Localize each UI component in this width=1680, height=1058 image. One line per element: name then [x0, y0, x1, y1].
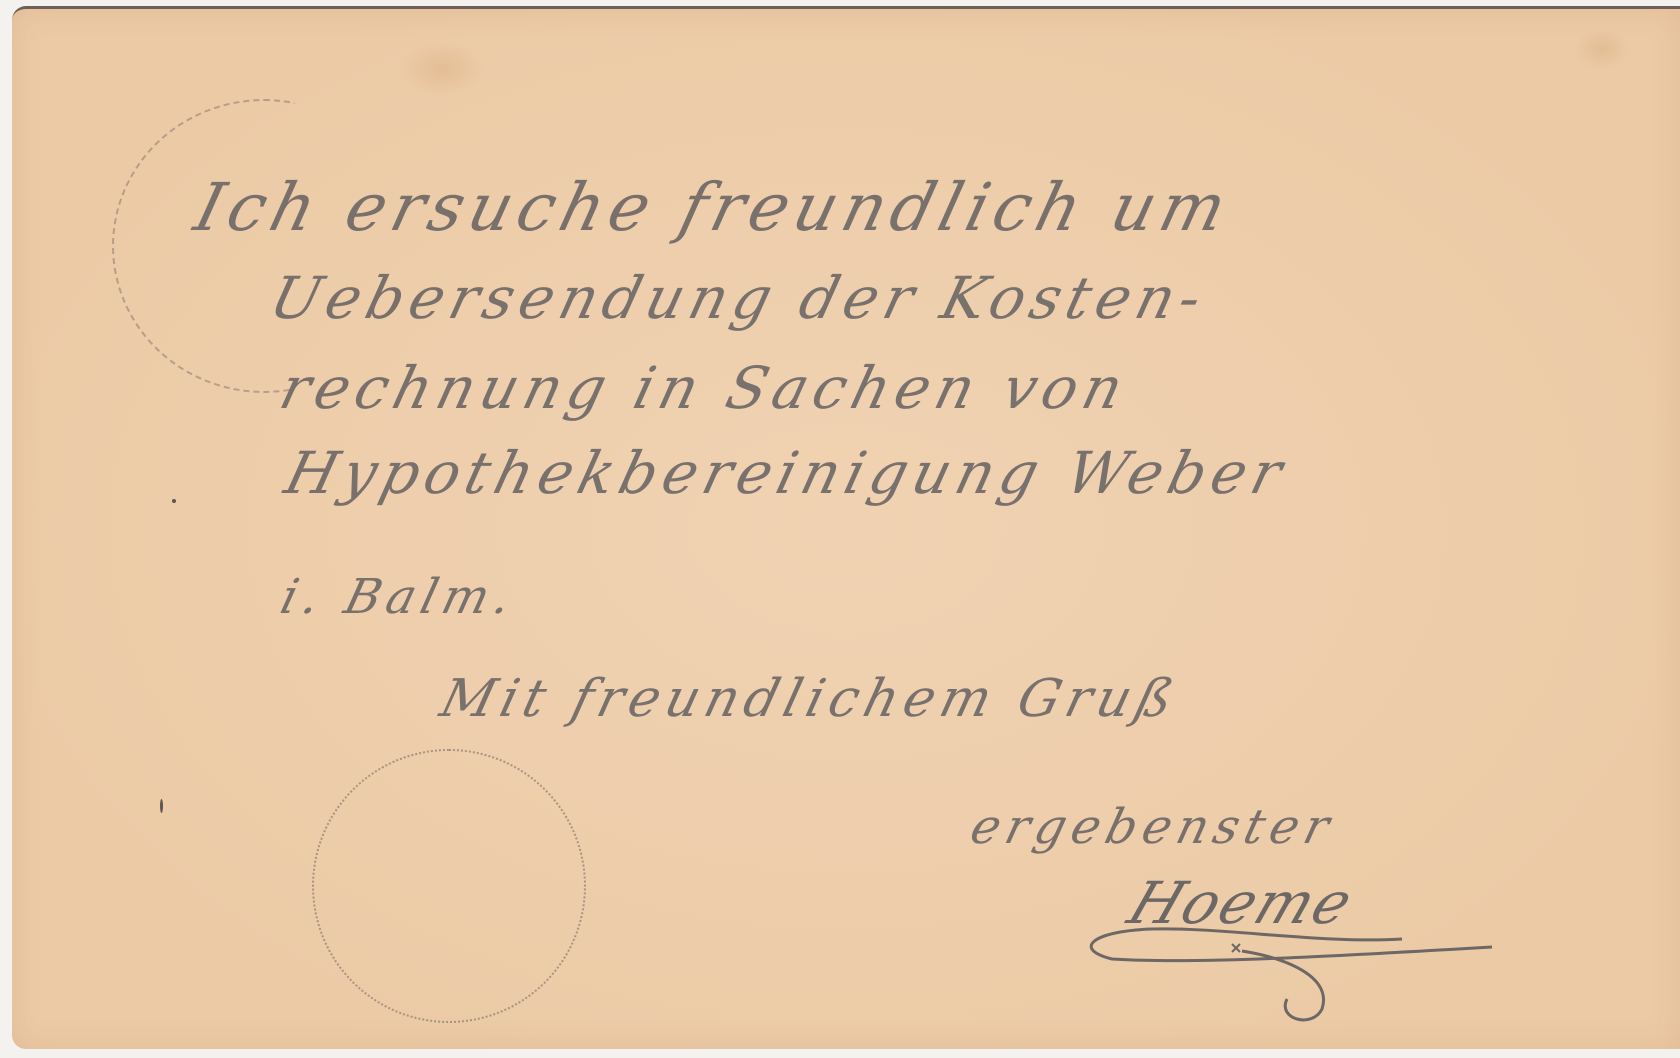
handwritten-line-5: i. Balm. — [275, 569, 523, 625]
postcard: Ich ersuche freundlich um Uebersendung d… — [12, 6, 1680, 1049]
handwritten-line-1: Ich ersuche freundlich um — [187, 169, 1239, 246]
ink-speck — [172, 499, 176, 503]
handwritten-line-3: rechnung in Sachen von — [274, 354, 1136, 422]
closing-valediction: ergebenster — [965, 799, 1341, 855]
postmark-top-left — [112, 99, 416, 393]
signature-flourish-icon — [1072, 869, 1532, 1029]
handwritten-line-2: Uebersendung der Kosten- — [264, 264, 1215, 332]
closing-greeting: Mit freundlichem Gruß — [435, 669, 1186, 729]
ink-speck — [160, 799, 163, 813]
postmark-bottom-left — [312, 749, 586, 1023]
handwritten-line-4: Hypothekbereinigung Weber — [279, 439, 1295, 507]
